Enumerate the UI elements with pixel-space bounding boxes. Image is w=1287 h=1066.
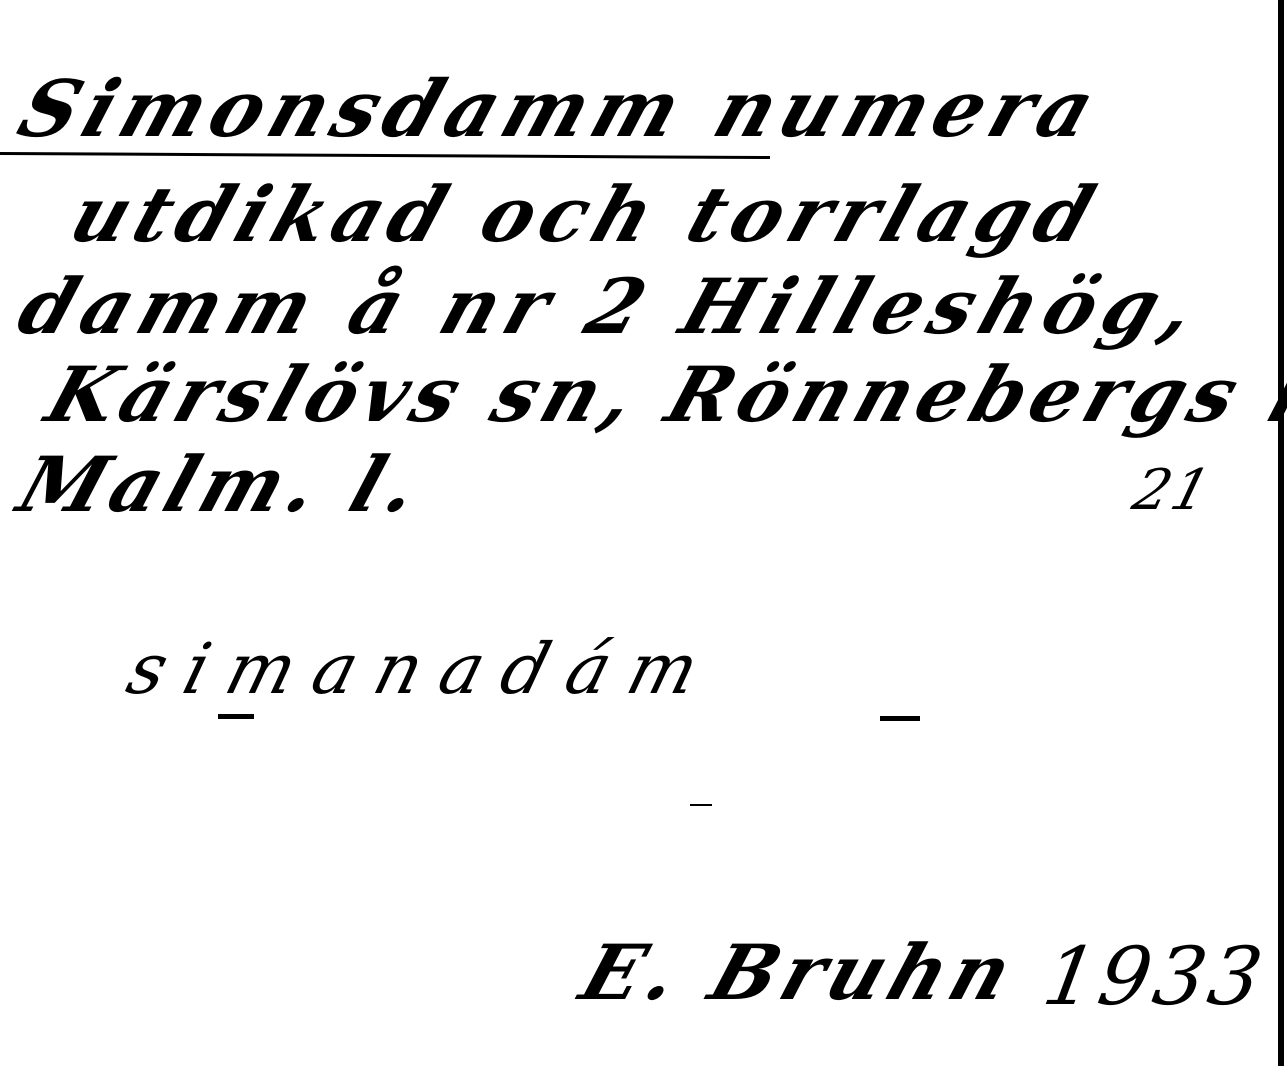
card-line-3: damm å nr 2 Hilleshög, xyxy=(8,262,1215,351)
phonetic-transcription: simanadám xyxy=(119,628,727,710)
card-line-2: utdikad och torrlagd xyxy=(60,170,1112,259)
page-number: 21 xyxy=(1126,458,1219,523)
card-line-4: Kärslövs sn, Rönnebergs hd, xyxy=(36,350,1287,439)
card-edge-border xyxy=(1278,0,1284,1066)
phonetic-underline-mark xyxy=(218,714,254,719)
signature-year: 1933 xyxy=(1037,930,1273,1023)
phonetic-underline-mark xyxy=(880,716,920,721)
archive-card: Simonsdamm numera utdikad och torrlagd d… xyxy=(0,0,1287,1066)
signature: E. Bruhn xyxy=(571,928,1029,1017)
stray-mark xyxy=(690,804,712,806)
card-line-1: Simonsdamm numera xyxy=(8,64,1112,155)
card-line-5: Malm. l. xyxy=(8,440,436,529)
